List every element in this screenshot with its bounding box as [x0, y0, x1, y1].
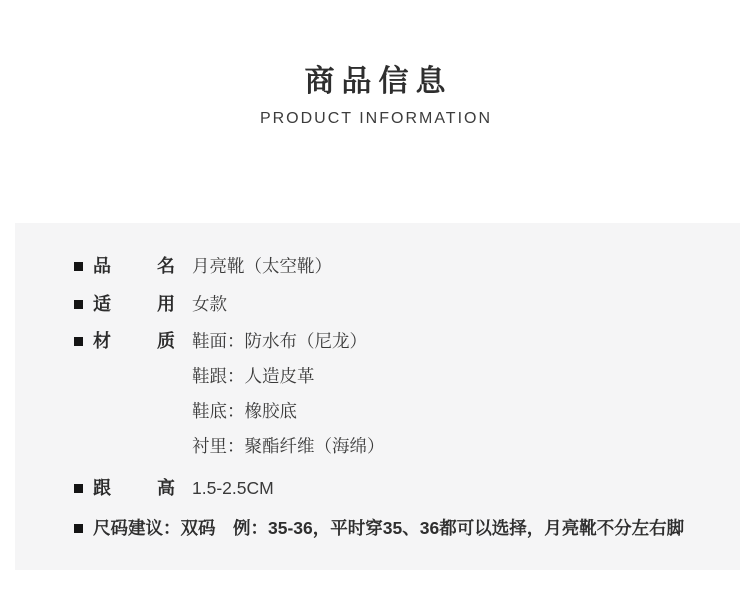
row-label-char: 用 [157, 287, 175, 322]
row-value-line: 衬里：聚酯纤维（海绵） [192, 429, 385, 464]
row-label: 品 名 [93, 249, 175, 284]
row-label-char: 名 [157, 249, 175, 284]
product-info-page: 商品信息 PRODUCT INFORMATION 品 名 月亮靴（太空靴） 适 … [0, 0, 750, 613]
row-value-line: 鞋底：橡胶底 [192, 394, 385, 429]
bullet-square-icon [74, 524, 83, 533]
info-row-material: 材 质 鞋面：防水布（尼龙） 鞋跟：人造皮革 鞋底：橡胶底 衬里：聚酯纤维（海绵… [74, 324, 720, 464]
info-row-applicable: 适 用 女款 [74, 287, 720, 322]
row-value-line: 鞋跟：人造皮革 [192, 359, 385, 394]
page-title: 商品信息 [0, 64, 750, 100]
row-values: 1.5-2.5CM [192, 471, 274, 506]
row-values: 月亮靴（太空靴） [192, 249, 332, 284]
row-values: 鞋面：防水布（尼龙） 鞋跟：人造皮革 鞋底：橡胶底 衬里：聚酯纤维（海绵） [192, 324, 385, 464]
size-advice-value: 双码 例：35-36，平时穿35、36都可以选择，月亮靴不分左右脚 [181, 518, 685, 538]
info-row-name: 品 名 月亮靴（太空靴） [74, 249, 720, 284]
product-info-panel: 品 名 月亮靴（太空靴） 适 用 女款 材 质 鞋面：防水布 [15, 223, 740, 570]
row-label: 材 质 [93, 324, 175, 359]
row-label-char: 跟 [93, 471, 111, 506]
page-subtitle: PRODUCT INFORMATION [0, 109, 750, 128]
info-row-heel-height: 跟 高 1.5-2.5CM [74, 471, 720, 506]
row-label-char: 高 [157, 471, 175, 506]
row-value-line: 月亮靴（太空靴） [192, 249, 332, 284]
row-values: 女款 [192, 287, 227, 322]
bullet-square-icon [74, 300, 83, 309]
bullet-square-icon [74, 262, 83, 271]
page-header: 商品信息 PRODUCT INFORMATION [0, 0, 750, 128]
row-label: 适 用 [93, 287, 175, 322]
row-label: 跟 高 [93, 471, 175, 506]
info-row-size-advice: 尺码建议：双码 例：35-36，平时穿35、36都可以选择，月亮靴不分左右脚 [74, 511, 720, 546]
size-advice-label: 尺码建议： [93, 518, 181, 538]
row-value-line: 女款 [192, 287, 227, 322]
bullet-square-icon [74, 484, 83, 493]
row-label-char: 品 [93, 249, 111, 284]
bullet-square-icon [74, 337, 83, 346]
row-value-line: 1.5-2.5CM [192, 471, 274, 506]
row-value-line: 鞋面：防水布（尼龙） [192, 324, 385, 359]
row-label-char: 质 [157, 324, 175, 359]
size-advice-text: 尺码建议：双码 例：35-36，平时穿35、36都可以选择，月亮靴不分左右脚 [93, 511, 684, 546]
row-label-char: 材 [93, 324, 111, 359]
row-label-char: 适 [93, 287, 111, 322]
